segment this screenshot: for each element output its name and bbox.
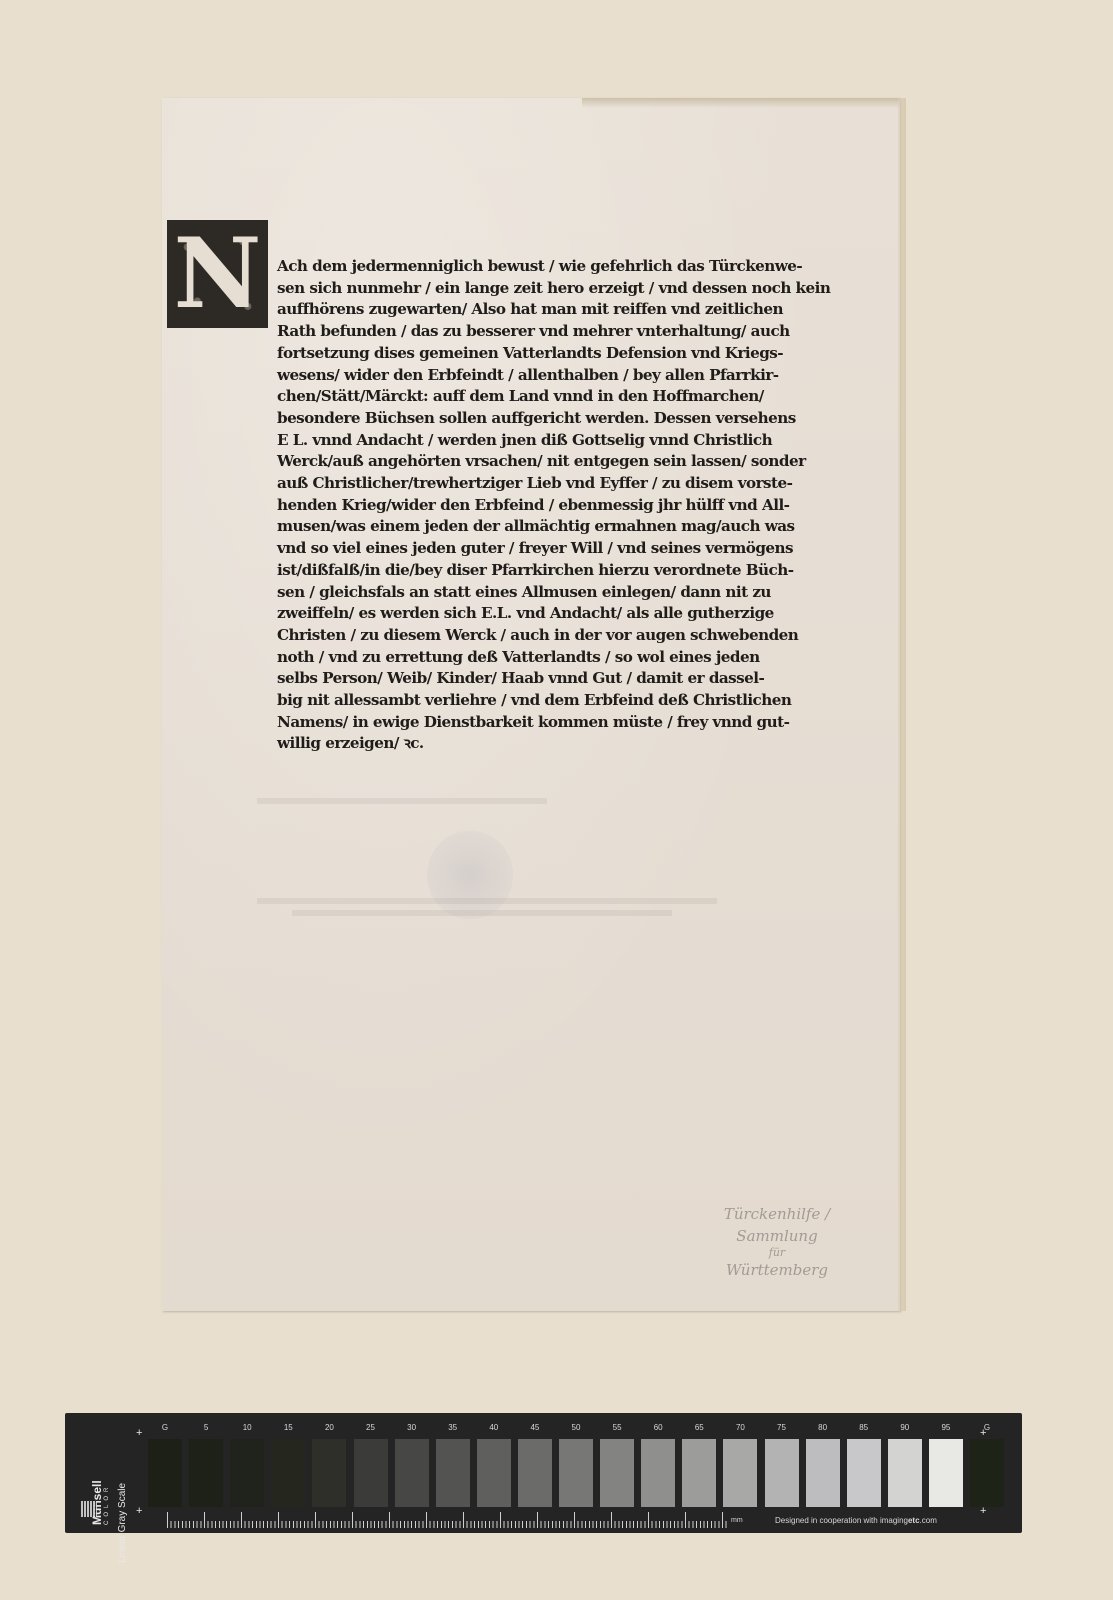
ruler-unit: mm bbox=[731, 1517, 743, 1524]
document-sheet: N Ach dem jedermenniglich bewust / wie g… bbox=[162, 98, 900, 1311]
text-line: wesens/ wider den Erbfeindt / allenthalb… bbox=[277, 365, 777, 387]
text-line: Werck/auß angehörten vrsachen/ nit entge… bbox=[277, 451, 777, 473]
bleed-through-text bbox=[257, 798, 547, 804]
gray-swatch bbox=[600, 1439, 634, 1507]
text-line: Christen / zu diesem Werck / auch in der… bbox=[277, 625, 777, 647]
gray-swatch bbox=[271, 1439, 305, 1507]
decorated-initial-letter: N bbox=[167, 220, 268, 328]
swatch-label: 45 bbox=[518, 1423, 552, 1432]
handwritten-line: Türckenhilfe / Sammlung bbox=[687, 1203, 867, 1247]
text-line: zweiffeln/ es werden sich E.L. vnd Andac… bbox=[277, 603, 777, 625]
gray-swatch bbox=[559, 1439, 593, 1507]
gray-swatch bbox=[682, 1439, 716, 1507]
bleed-through-text bbox=[292, 910, 672, 916]
text-line: auß Christlicher/trewhertziger Lieb vnd … bbox=[277, 473, 777, 495]
handwritten-note: Türckenhilfe / Sammlung für Württemberg bbox=[687, 1203, 867, 1281]
text-line: selbs Person/ Weib/ Kinder/ Haab vnnd Gu… bbox=[277, 668, 777, 690]
gray-swatch bbox=[970, 1439, 1004, 1507]
text-line: auffhörens zugewarten/ Also hat man mit … bbox=[277, 299, 777, 321]
gray-swatch bbox=[723, 1439, 757, 1507]
mm-ruler bbox=[167, 1516, 727, 1528]
text-line: henden Krieg/wider den Erbfeind / ebenme… bbox=[277, 495, 777, 517]
text-line: E L. vnnd Andacht / werden jnen diß Gott… bbox=[277, 430, 777, 452]
text-line: fortsetzung dises gemeinen Vatterlandts … bbox=[277, 343, 777, 365]
swatch-label: 70 bbox=[723, 1423, 757, 1432]
gray-swatch bbox=[518, 1439, 552, 1507]
swatch-label: 60 bbox=[641, 1423, 675, 1432]
scale-title: Linear Gray Scale bbox=[117, 1433, 128, 1563]
gray-swatch bbox=[436, 1439, 470, 1507]
swatch-label: 95 bbox=[929, 1423, 963, 1432]
swatch-label: 90 bbox=[888, 1423, 922, 1432]
swatch-label: 80 bbox=[806, 1423, 840, 1432]
handwritten-line: Württemberg bbox=[687, 1259, 867, 1281]
munsell-gray-scale-card: Munsell COLOR Linear Gray Scale + + + + … bbox=[65, 1413, 1022, 1533]
registration-mark-icon: + bbox=[136, 1505, 142, 1517]
swatch-label: 15 bbox=[271, 1423, 305, 1432]
swatch-label: 40 bbox=[477, 1423, 511, 1432]
swatch-label: 65 bbox=[682, 1423, 716, 1432]
gray-swatch bbox=[765, 1439, 799, 1507]
handwritten-line: für bbox=[687, 1247, 867, 1259]
gray-swatch bbox=[888, 1439, 922, 1507]
swatch-label: 55 bbox=[600, 1423, 634, 1432]
text-line: sen / gleichsfals an statt eines Allmuse… bbox=[277, 582, 777, 604]
swatch-label: 10 bbox=[230, 1423, 264, 1432]
swatch-label: 30 bbox=[395, 1423, 429, 1432]
text-line: willig erzeigen/ ꝛc. bbox=[277, 733, 777, 755]
text-line: chen/Stätt/Märckt: auff dem Land vnnd in… bbox=[277, 386, 777, 408]
text-line: noth / vnd zu errettung deß Vatterlandts… bbox=[277, 647, 777, 669]
registration-mark-icon: + bbox=[136, 1427, 142, 1439]
swatch-label: 85 bbox=[847, 1423, 881, 1432]
swatch-label: 20 bbox=[312, 1423, 346, 1432]
swatch-label: 50 bbox=[559, 1423, 593, 1432]
gray-swatch bbox=[148, 1439, 182, 1507]
text-line: big nit allessambt verliehre / vnd dem E… bbox=[277, 690, 777, 712]
gray-swatch bbox=[847, 1439, 881, 1507]
text-line: besondere Büchsen sollen auffgericht wer… bbox=[277, 408, 777, 430]
bleed-through-seal bbox=[427, 830, 513, 920]
swatch-label: 25 bbox=[354, 1423, 388, 1432]
swatch-label: G bbox=[148, 1423, 182, 1432]
paper-stain bbox=[582, 98, 900, 108]
bleed-through-text bbox=[257, 898, 717, 904]
swatch-label: 35 bbox=[436, 1423, 470, 1432]
gray-swatch bbox=[929, 1439, 963, 1507]
swatch-label: G bbox=[970, 1423, 1004, 1432]
initial-letter: N bbox=[174, 226, 262, 322]
credit-text: Designed in cooperation with imagingetc.… bbox=[775, 1516, 937, 1525]
swatch-label: 75 bbox=[765, 1423, 799, 1432]
gray-swatch bbox=[477, 1439, 511, 1507]
gray-swatch bbox=[230, 1439, 264, 1507]
gray-swatch bbox=[354, 1439, 388, 1507]
text-line: vnd so viel eines jeden guter / freyer W… bbox=[277, 538, 777, 560]
text-line: Ach dem jedermenniglich bewust / wie gef… bbox=[277, 256, 777, 278]
document-body: Ach dem jedermenniglich bewust / wie gef… bbox=[277, 256, 777, 755]
gray-swatch bbox=[312, 1439, 346, 1507]
text-line: musen/was einem jeden der allmächtig erm… bbox=[277, 516, 777, 538]
text-line: Rath befunden / das zu besserer vnd mehr… bbox=[277, 321, 777, 343]
gray-swatch bbox=[395, 1439, 429, 1507]
gray-swatch bbox=[189, 1439, 223, 1507]
munsell-grid-icon bbox=[81, 1501, 97, 1517]
gray-swatch bbox=[806, 1439, 840, 1507]
gray-swatch bbox=[641, 1439, 675, 1507]
text-line: ist/dißfalß/in die/bey diser Pfarrkirche… bbox=[277, 560, 777, 582]
swatch-label: 5 bbox=[189, 1423, 223, 1432]
text-line: sen sich nunmehr / ein lange zeit hero e… bbox=[277, 278, 777, 300]
brand-sub: COLOR bbox=[103, 1421, 111, 1525]
text-line: Namens/ in ewige Dienstbarkeit kommen mü… bbox=[277, 712, 777, 734]
